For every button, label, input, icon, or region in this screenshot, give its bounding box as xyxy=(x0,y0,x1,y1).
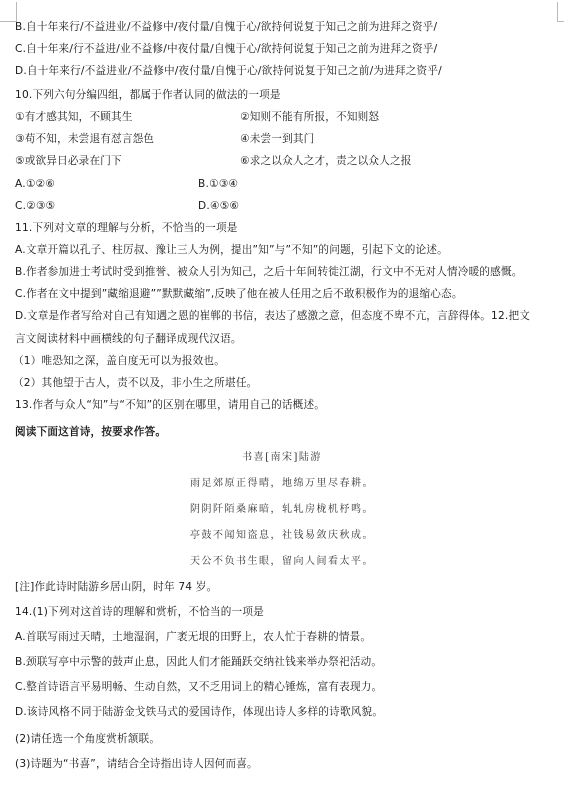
q9-option-b: B.自十年来行/不益进业/不益修中/夜付量/自愧于心/欲持何说复于知己之前为进拜… xyxy=(15,20,437,34)
q10-option-b: B.①③④ xyxy=(198,177,238,191)
page-corner-mark-right xyxy=(557,2,564,22)
q11-option-a: A.文章开篇以孔子、柱厉叔、豫让三人为例，提出”知”与”不知”的问题，引起下文的… xyxy=(15,243,448,257)
q10-option-a: A.①②⑥ xyxy=(15,177,55,191)
poem-title: 书喜[南宋]陆游 xyxy=(0,451,564,465)
poem-line-1: 雨足郊原正得晴，地绵万里尽春耕。 xyxy=(0,477,564,491)
q11-stem: 11.下列对文章的理解与分析，不恰当的一项是 xyxy=(15,221,238,235)
q10-item-2: ②知则不能有所报，不知则怒 xyxy=(240,110,379,124)
page-corner-mark-left xyxy=(0,2,17,22)
q10-option-d: D.④⑤⑥ xyxy=(198,199,239,213)
q10-item-4: ④未尝一到其门 xyxy=(240,132,314,146)
q12-item-1: （1）唯恐知之深，盖自度无可以为报效也。 xyxy=(13,354,225,368)
q14-option-a: A.首联写雨过天晴，土地湿润，广袤无垠的田野上，农人忙于春耕的情景。 xyxy=(15,630,371,644)
poem-instruction: 阅读下面这首诗，按要求作答。 xyxy=(15,425,166,439)
q10-stem: 10.下列六句分编四组，都属于作者认同的做法的一项是 xyxy=(15,88,281,102)
q11-option-b: B.作者参加进士考试时受到推誉、被众人引为知己，之后十年间转徙江湖，行文中不无对… xyxy=(15,265,523,279)
q10-option-c: C.②③⑤ xyxy=(15,199,55,213)
q10-item-6: ⑥求之以众人之才，责之以众人之报 xyxy=(240,154,412,168)
q14-stem: 14.(1)下列对这首诗的理解和赏析，不恰当的一项是 xyxy=(15,605,264,619)
q12-item-2: （2）其他望于古人，责不以及，非小生之所堪任。 xyxy=(13,376,257,390)
poem-line-3: 亭鼓不闻知盗息，社钱易敛庆秋成。 xyxy=(0,529,564,543)
q9-option-d: D.自十年来行/不益进业/不益修中/夜付量/自愧于心/欲持何说复于知己之前/为进… xyxy=(15,64,442,78)
q9-option-c: C.自十年来/行不益进/业不益修/中夜付量/自愧于心/欲持何说复于知己之前为进拜… xyxy=(15,42,437,56)
q10-item-1: ①有才感其知，不顾其生 xyxy=(15,110,133,124)
q11-option-c: C.作者在文中提到”藏缩退避””默默藏缩”,反映了他在被人任用之后不敢积极作为的… xyxy=(15,287,463,301)
q14-option-c: C.整首诗语言平易明畅、生动自然，又不乏用词上的精心锤炼，富有表现力。 xyxy=(15,680,382,694)
q14-part2: (2)请任选一个角度赏析颔联。 xyxy=(15,732,160,746)
poem-line-4: 天公不负书生眼，留向人间看太平。 xyxy=(0,555,564,569)
q14-part3: (3)诗题为“书喜”，请结合全诗指出诗人因何而喜。 xyxy=(15,757,258,771)
q11-option-d: D.文章是作者写给对自己有知遇之恩的崔郸的书信，表达了感激之意，但态度不卑不亢，… xyxy=(15,309,530,323)
q12-stem-continuation: 言文阅读材料中画横线的句子翻译成现代汉语。 xyxy=(15,332,242,346)
q14-option-b: B.颈联写亭中示警的鼓声止息，因此人们才能踊跃交纳社钱来举办祭祀活动。 xyxy=(15,655,382,669)
q14-option-d: D.该诗风格不同于陆游金戈铁马式的爱国诗作，体现出诗人多样的诗歌风貌。 xyxy=(15,705,383,719)
q10-item-5: ⑤或欲异日必录在门下 xyxy=(15,154,122,168)
poem-line-2: 阴阴阡陌桑麻暗，轧轧房栊机杼鸣。 xyxy=(0,503,564,517)
q10-item-3: ③苟不知，未尝退有怼言怨色 xyxy=(15,132,154,146)
q13-stem: 13.作者与众人“知”与“不知”的区别在哪里，请用自己的话概述。 xyxy=(15,398,325,412)
poem-note: [注]作此诗时陆游乡居山阴，时年 74 岁。 xyxy=(15,580,217,594)
